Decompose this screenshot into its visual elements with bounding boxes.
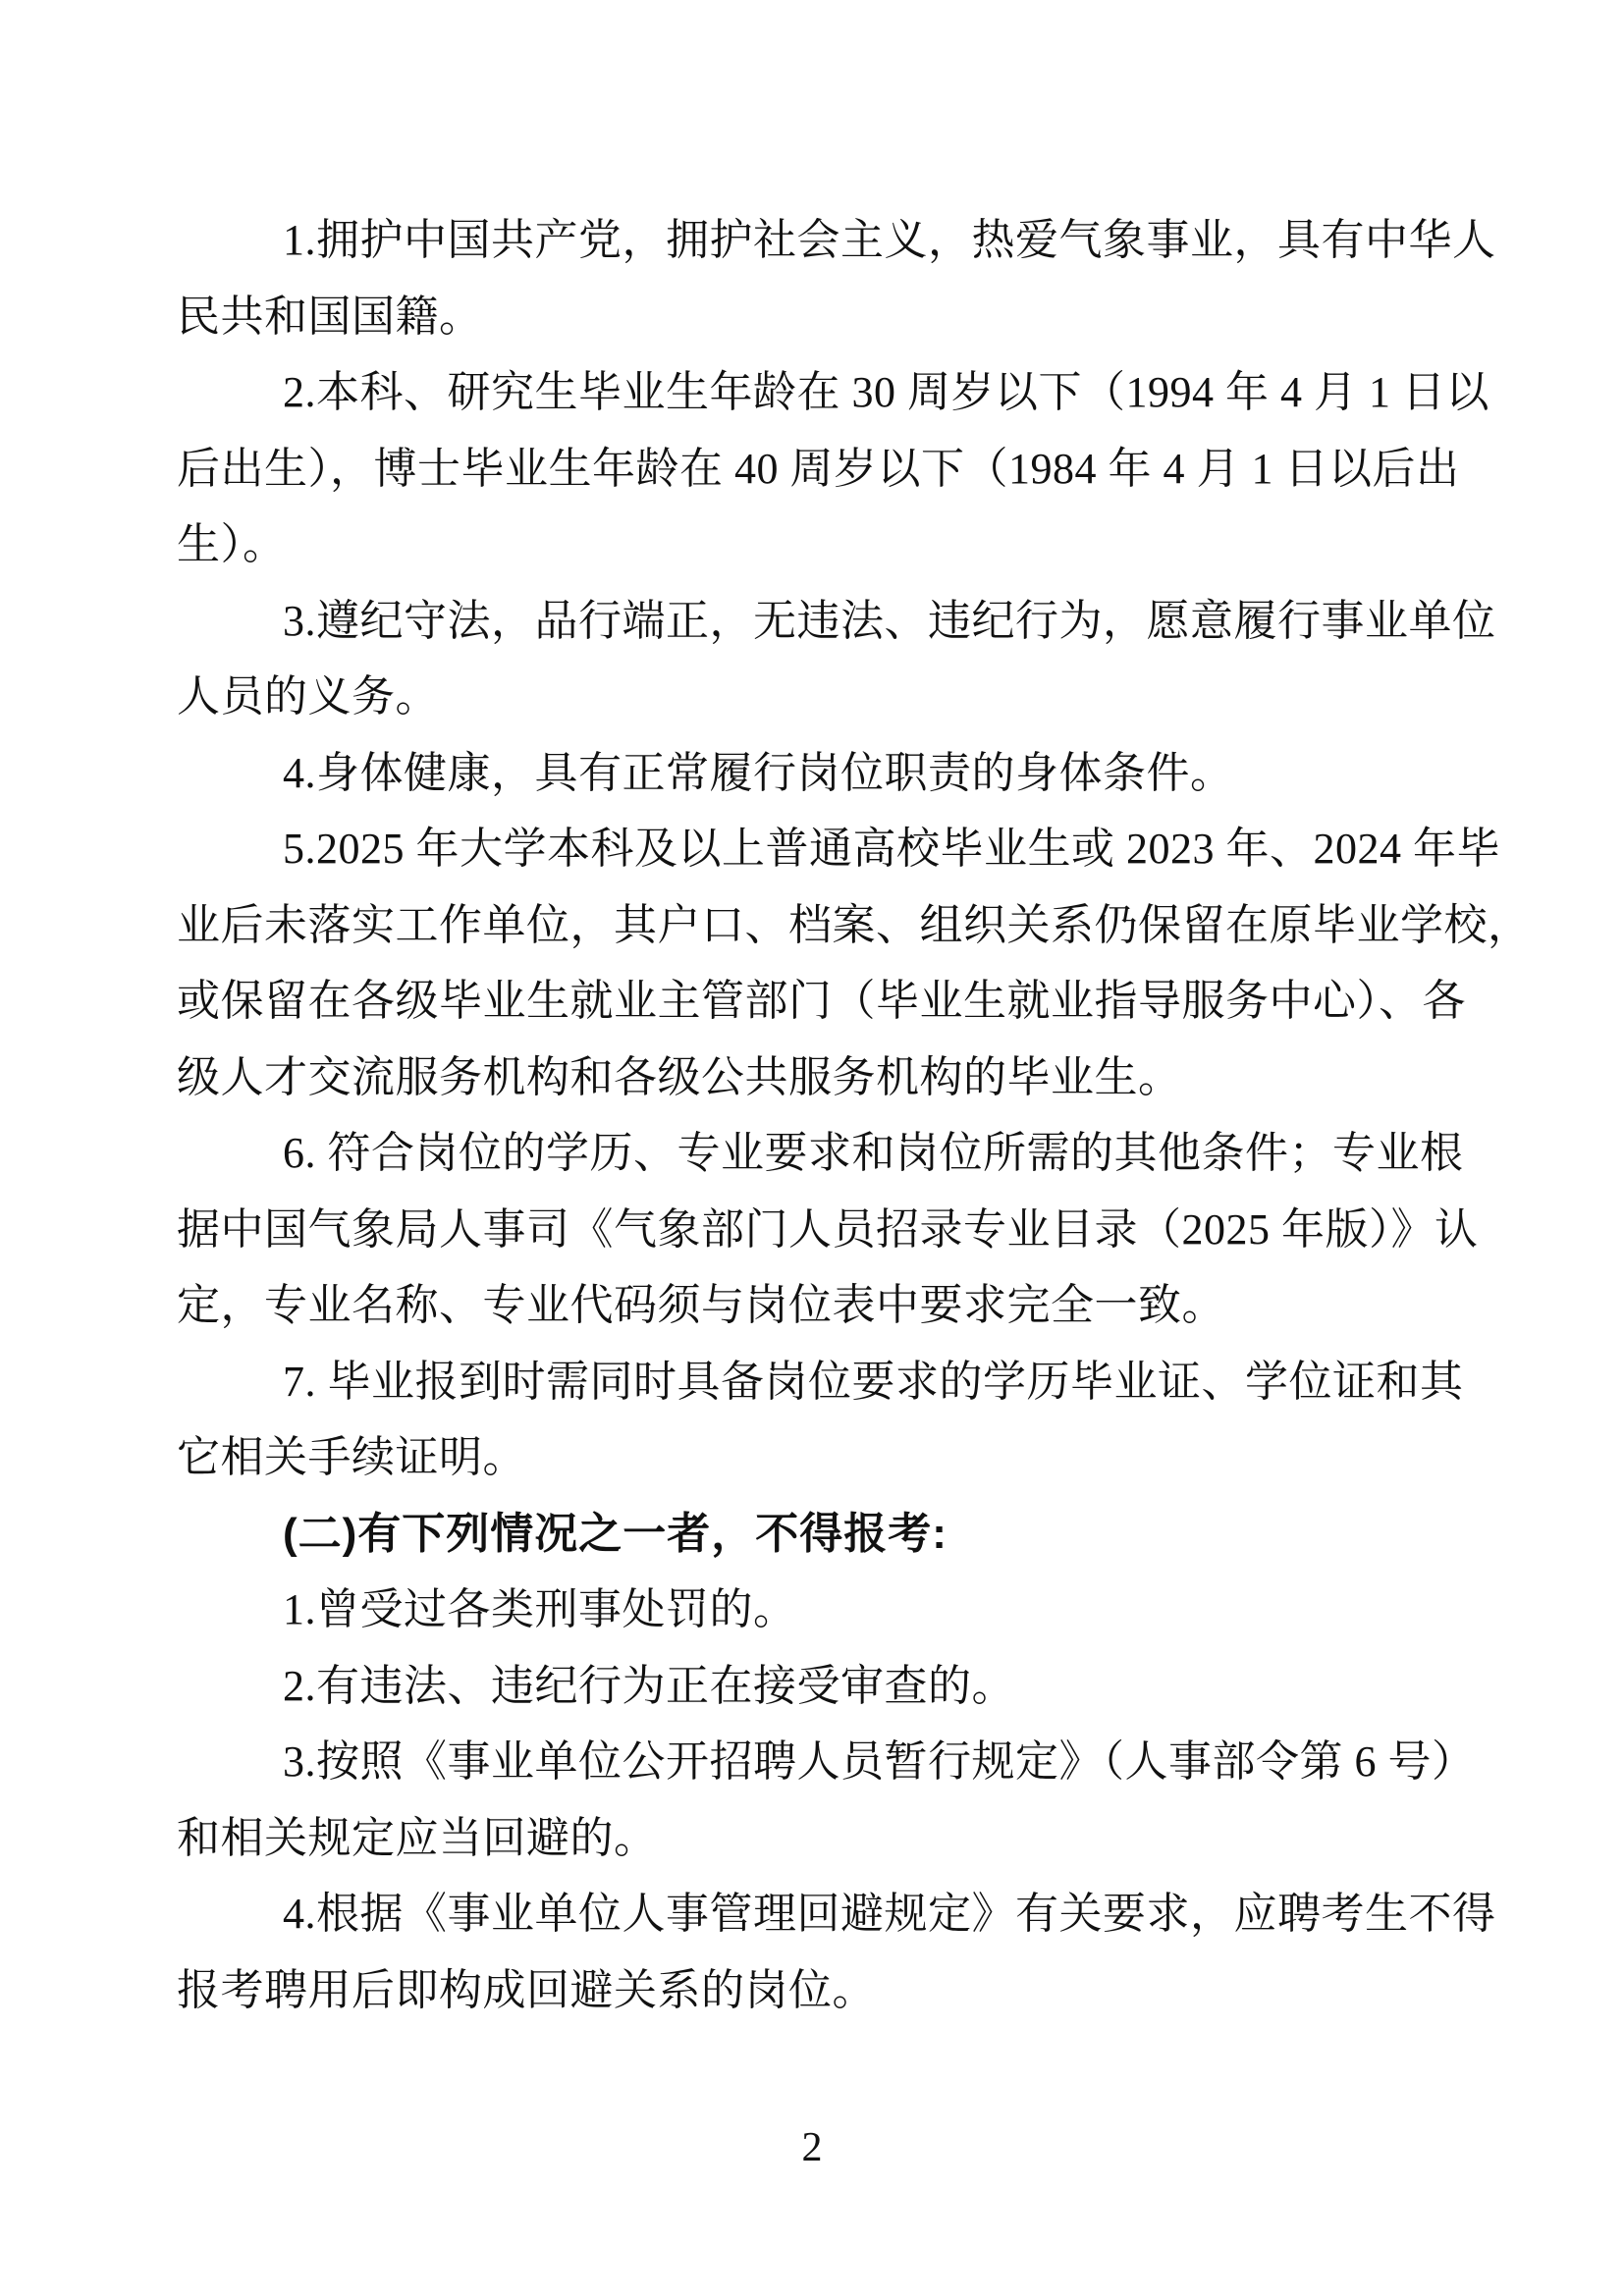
body-text-line: 4.根据《事业单位人事管理回避规定》有关要求，应聘考生不得 bbox=[177, 1876, 1475, 1952]
body-text-line: 5.2025 年大学本科及以上普通高校毕业生或 2023 年、2024 年毕 bbox=[177, 811, 1475, 887]
document-body: 1.拥护中国共产党，拥护社会主义，热爱气象事业，具有中华人民共和国国籍。2.本科… bbox=[177, 202, 1475, 2028]
body-text-line: 1.拥护中国共产党，拥护社会主义，热爱气象事业，具有中华人 bbox=[177, 202, 1475, 279]
body-text-line: 人员的义务。 bbox=[177, 659, 1475, 735]
document-page: 1.拥护中国共产党，拥护社会主义，热爱气象事业，具有中华人民共和国国籍。2.本科… bbox=[0, 0, 1624, 2296]
body-text-line: 业后未落实工作单位，其户口、档案、组织关系仍保留在原毕业学校， bbox=[177, 887, 1475, 964]
section-heading-line: (二)有下列情况之一者，不得报考: bbox=[177, 1496, 1475, 1573]
body-text-line: 级人才交流服务机构和各级公共服务机构的毕业生。 bbox=[177, 1040, 1475, 1116]
body-text-line: 民共和国国籍。 bbox=[177, 279, 1475, 355]
body-text-line: 和相关规定应当回避的。 bbox=[177, 1800, 1475, 1877]
body-text-line: 1.曾受过各类刑事处罚的。 bbox=[177, 1572, 1475, 1648]
body-text-line: 7. 毕业报到时需同时具备岗位要求的学历毕业证、学位证和其 bbox=[177, 1344, 1475, 1420]
body-text-line: 它相关手续证明。 bbox=[177, 1419, 1475, 1496]
body-text-line: 生）。 bbox=[177, 507, 1475, 583]
page-number: 2 bbox=[0, 2125, 1624, 2170]
body-text-line: 2.有违法、违纪行为正在接受审查的。 bbox=[177, 1648, 1475, 1725]
body-text-line: 3.按照《事业单位公开招聘人员暂行规定》（人事部令第 6 号） bbox=[177, 1724, 1475, 1800]
body-text-line: 4.身体健康，具有正常履行岗位职责的身体条件。 bbox=[177, 735, 1475, 812]
body-text-line: 定，专业名称、专业代码须与岗位表中要求完全一致。 bbox=[177, 1267, 1475, 1344]
body-text-line: 6. 符合岗位的学历、专业要求和岗位所需的其他条件；专业根 bbox=[177, 1115, 1475, 1192]
body-text-line: 报考聘用后即构成回避关系的岗位。 bbox=[177, 1952, 1475, 2029]
body-text-line: 2.本科、研究生毕业生年龄在 30 周岁以下（1994 年 4 月 1 日以 bbox=[177, 354, 1475, 431]
body-text-line: 3.遵纪守法，品行端正，无违法、违纪行为，愿意履行事业单位 bbox=[177, 583, 1475, 660]
body-text-line: 据中国气象局人事司《气象部门人员招录专业目录（2025 年版）》认 bbox=[177, 1192, 1475, 1268]
body-text-line: 或保留在各级毕业生就业主管部门（毕业生就业指导服务中心）、各 bbox=[177, 963, 1475, 1040]
body-text-line: 后出生），博士毕业生年龄在 40 周岁以下（1984 年 4 月 1 日以后出 bbox=[177, 431, 1475, 507]
